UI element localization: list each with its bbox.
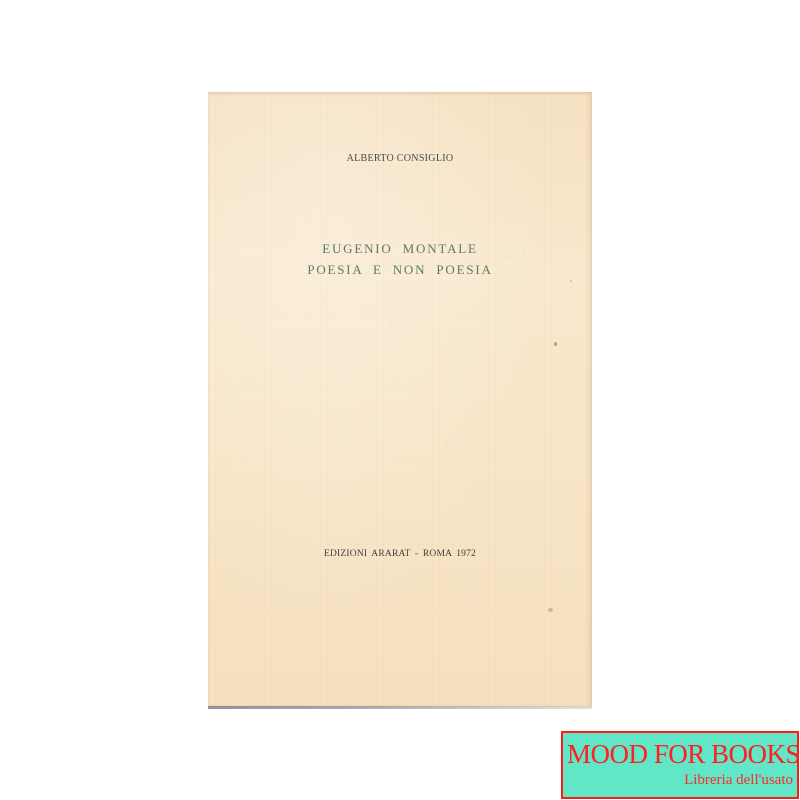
store-subtitle: Libreria dell'usato <box>684 772 793 789</box>
book-title-line-1: EUGENIO MONTALE <box>208 241 592 257</box>
book-title-line-2: POESIA E NON POESIA <box>208 262 592 278</box>
paper-stain <box>554 342 557 346</box>
paper-stain <box>570 280 572 282</box>
book-author: ALBERTO CONSIGLIO <box>208 153 592 164</box>
store-watermark-logo: MOOD FOR BOOKS Libreria dell'usato <box>561 731 799 799</box>
book-cover: ALBERTO CONSIGLIO EUGENIO MONTALE POESIA… <box>208 92 592 707</box>
paper-stain <box>548 608 553 612</box>
book-publisher: EDIZIONI ARARAT - ROMA 1972 <box>208 549 592 559</box>
store-name: MOOD FOR BOOKS <box>567 739 800 770</box>
